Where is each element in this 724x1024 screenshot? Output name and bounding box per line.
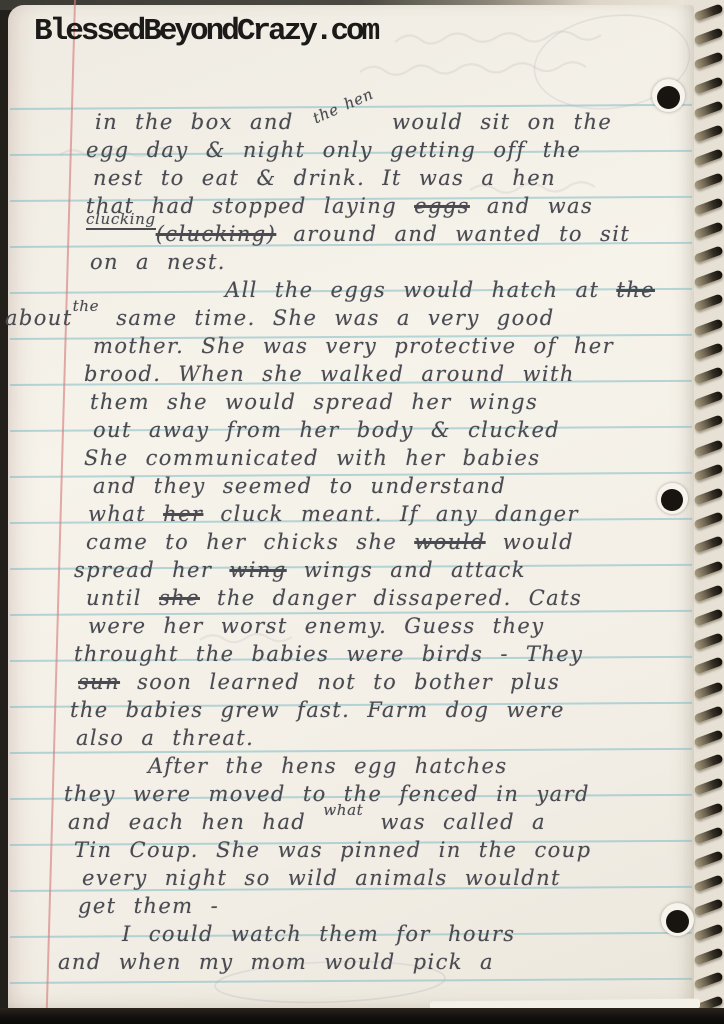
handwriting-line: in the box and the hen would sit on the [95,110,612,134]
handwriting-text: Tin Coup. She was pinned in the coup [74,838,591,862]
handwriting-line: every night so wild animals wouldnt [82,866,561,890]
handwriting-text: also a threat. [76,726,254,750]
handwriting-line: All the eggs would hatch at the [225,278,655,302]
handwriting-text: same time. She was a very good [99,306,554,330]
handwriting-text: came to her chicks she [86,530,414,554]
handwriting-line: that had stopped laying eggs and was [86,194,593,218]
handwriting-text: were her worst enemy. Guess they [88,614,545,638]
handwriting-text: brood. When she walked around with [84,362,575,386]
handwriting-line: She communicated with her babies [84,446,540,470]
handwriting-line: and they seemed to understand [93,474,506,498]
handwriting-line: and each hen had what was called a [68,810,546,834]
punched-hole-shadow [666,910,689,933]
crossed-out-word: she [159,586,200,610]
inserted-word: the hen [310,85,376,128]
handwriting-text: spread her [74,558,229,582]
handwriting-text: until [86,586,159,610]
crossed-out-word: (clucking) [156,222,277,246]
handwriting-text: the danger dissapered. Cats [200,586,582,610]
handwriting-line: After the hens egg hatches [148,754,508,778]
handwriting-text: wings and attack [287,558,526,582]
handwriting-text: would [486,530,574,554]
handwriting-text: egg day & night only getting off the [86,138,581,162]
handwriting-line: Tin Coup. She was pinned in the coup [74,838,591,862]
crossed-out-word: would [414,530,485,554]
crossed-out-word: wing [229,558,286,582]
handwriting-text: was called a [363,810,546,834]
handwriting-line: also a threat. [76,726,254,750]
handwriting-line: clucking(clucking) around and wanted to … [86,222,630,247]
handwriting-line: get them - [78,894,219,918]
handwriting-text: After the hens egg hatches [148,754,508,778]
inserted-word: the [73,297,100,315]
handwriting-text: I could watch them for hours [122,922,515,946]
handwriting-line: what her cluck meant. If any danger [88,502,579,526]
inserted-word: what [323,801,363,819]
handwriting-text: and when my mom would pick a [58,950,494,974]
handwriting-text: mother. She was very protective of her [93,334,614,358]
punched-hole-shadow [661,489,683,511]
handwriting-line: came to her chicks she would would [86,530,574,554]
handwriting-text: and each hen had [68,810,323,834]
handwriting-text: get them - [78,894,219,918]
handwriting-text: out away from her body & clucked [93,418,560,442]
handwriting-text: throught the babies were birds - They [74,642,583,666]
crossed-out-word: eggs [414,194,470,218]
handwriting-text: and was [470,194,593,218]
punched-hole-shadow [657,86,680,109]
handwriting-text: the babies grew fast. Farm dog were [70,698,565,722]
handwriting-text: what [88,502,163,526]
handwriting-line: egg day & night only getting off the [86,138,581,162]
handwriting-line: I could watch them for hours [122,922,515,946]
handwriting-text: them she would spread her wings [90,390,538,414]
handwriting-text: around and wanted to sit [276,222,630,246]
punched-hole [661,903,694,936]
handwriting-text: and they seemed to understand [93,474,506,498]
handwriting-line: were her worst enemy. Guess they [88,614,545,638]
handwriting-text: every night so wild animals wouldnt [82,866,561,890]
handwriting-text: She communicated with her babies [84,446,540,470]
handwriting-line: brood. When she walked around with [84,362,575,386]
handwriting-line: throught the babies were birds - They [74,642,583,666]
handwriting-text: in the box and [95,110,311,134]
handwriting-line: out away from her body & clucked [93,418,560,442]
handwriting-line: sun soon learned not to bother plus [78,670,560,694]
handwriting-line: nest to eat & drink. It was a hen [93,166,556,190]
handwriting-line: until she the danger dissapered. Cats [86,586,582,610]
handwriting-line: on a nest. [90,250,226,274]
inserted-word: clucking [86,210,156,230]
handwriting-line: the babies grew fast. Farm dog were [70,698,565,722]
handwriting-line: spread her wing wings and attack [74,558,526,582]
punched-hole [652,79,685,112]
handwriting-text: nest to eat & drink. It was a hen [93,166,556,190]
photo-bottom-edge [0,1008,724,1024]
handwriting-text: cluck meant. If any danger [203,502,579,526]
handwriting-text: All the eggs would hatch at [225,278,616,302]
handwritten-text: in the box and the hen would sit on thee… [0,0,724,1024]
handwriting-line: aboutthe same time. She was a very good [5,306,555,330]
crossed-out-word: sun [78,670,120,694]
handwriting-line: mother. She was very protective of her [93,334,614,358]
handwriting-text: soon learned not to bother plus [120,670,560,694]
watermark-blessedbeyondcrazy: BlessedBeyondCrazy.com [34,14,377,49]
handwriting-line: them she would spread her wings [90,390,538,414]
notebook-page-photo: BlessedBeyondCrazy.com in the box and th… [0,0,724,1024]
crossed-out-word: the [616,278,655,302]
handwriting-text: about [5,306,73,330]
crossed-out-word: her [163,502,203,526]
handwriting-text: would sit on the [375,110,612,134]
handwriting-line: and when my mom would pick a [58,950,494,974]
punched-hole [657,483,688,514]
handwriting-text: on a nest. [90,250,226,274]
